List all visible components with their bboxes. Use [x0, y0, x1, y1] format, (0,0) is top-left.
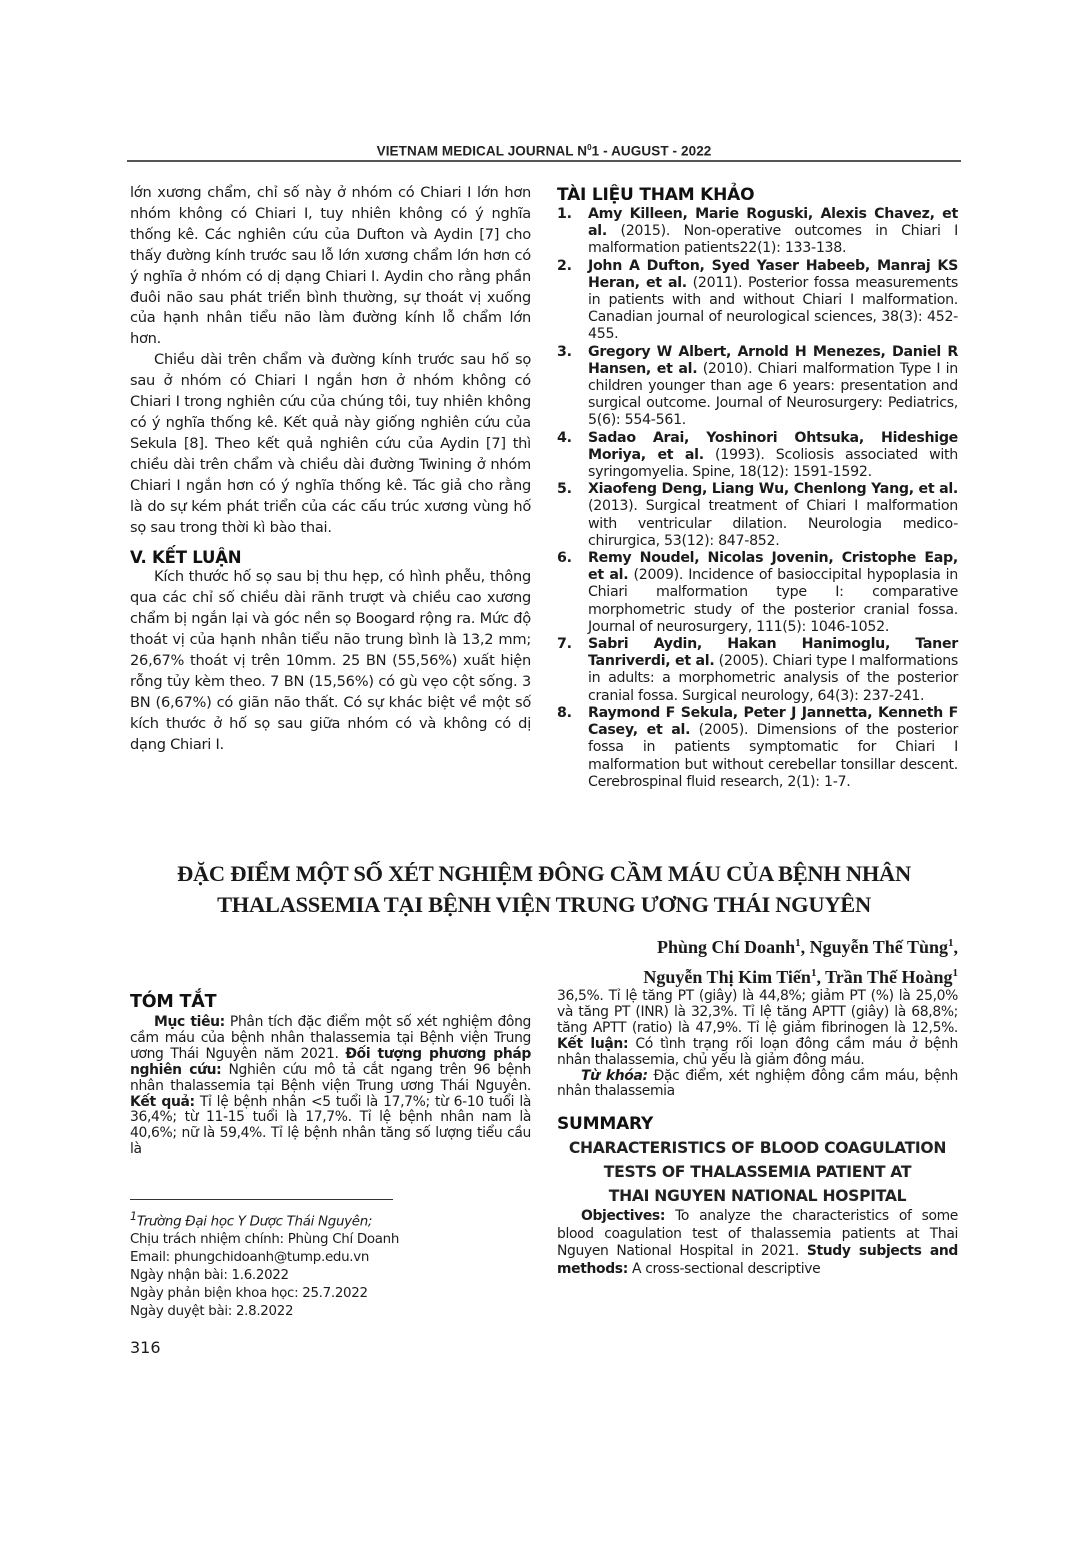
summary-title-line-2: TESTS OF THALASSEMIA PATIENT AT: [557, 1160, 958, 1184]
summary-heading: SUMMARY: [557, 1114, 958, 1134]
author-name: Phùng Chí Doanh: [657, 937, 795, 957]
discussion-paragraph-1: lớn xương chẩm, chỉ số này ở nhóm có Chi…: [130, 183, 531, 350]
reference-number: 3.: [557, 344, 572, 361]
date-reviewed: Ngày phản biện khoa học: 25.7.2022: [130, 1285, 530, 1303]
author-name: Trần Thế Hoàng: [825, 967, 952, 987]
author-separator: ,: [816, 967, 825, 987]
references-column: TÀI LIỆU THAM KHẢO 1.Amy Killeen, Marie …: [557, 185, 958, 791]
email: Email: phungchidoanh@tump.edu.vn: [130, 1249, 530, 1267]
author-separator: ,: [954, 937, 959, 957]
reference-details: (2013). Surgical treatment of Chiari I m…: [588, 498, 958, 548]
keywords-label: Từ khóa:: [581, 1068, 648, 1084]
abstract-vi-text: Mục tiêu: Phân tích đặc điểm một số xét …: [130, 1015, 531, 1158]
abstract-heading: TÓM TẮT: [130, 992, 531, 1012]
conclusion-heading: V. KẾT LUẬN: [130, 548, 531, 567]
summary-text: Objectives: To analyze the characteristi…: [557, 1208, 958, 1278]
abstract-vi-continued: 36,5%. Tỉ lệ tăng PT (giây) là 44,8%; gi…: [557, 989, 958, 1069]
reference-number: 7.: [557, 636, 572, 653]
reference-authors: Xiaofeng Deng, Liang Wu, Chenlong Yang, …: [588, 481, 958, 497]
objective-label: Mục tiêu:: [154, 1014, 225, 1030]
journal-name: VIETNAM MEDICAL JOURNAL N: [377, 144, 588, 159]
reference-list: 1.Amy Killeen, Marie Roguski, Alexis Cha…: [557, 206, 958, 791]
results-label: Kết quả:: [130, 1094, 195, 1110]
authors-line-2: Nguyễn Thị Kim Tiến1, Trần Thế Hoàng1: [480, 960, 958, 990]
corresponding-author: Chịu trách nhiệm chính: Phùng Chí Doanh: [130, 1231, 530, 1249]
reference-number: 6.: [557, 550, 572, 567]
affiliation: 1Trường Đại học Y Dược Thái Nguyên;: [130, 1208, 530, 1231]
reference-details: (2009). Incidence of basioccipital hypop…: [588, 567, 958, 635]
conclusion-label: Kết luận:: [557, 1036, 628, 1052]
journal-page: VIETNAM MEDICAL JOURNAL N01 - AUGUST - 2…: [0, 0, 1090, 1541]
objectives-label: Objectives:: [581, 1208, 665, 1224]
author-separator: ,: [801, 937, 810, 957]
reference-item: 4.Sadao Arai, Yoshinori Ohtsuka, Hideshi…: [557, 430, 958, 482]
header-rule: [127, 160, 961, 162]
footnote-rule: [130, 1199, 393, 1200]
reference-number: 8.: [557, 705, 572, 722]
date-received: Ngày nhận bài: 1.6.2022: [130, 1267, 530, 1285]
reference-item: 5.Xiaofeng Deng, Liang Wu, Chenlong Yang…: [557, 481, 958, 550]
reference-number: 1.: [557, 206, 572, 223]
summary-title: CHARACTERISTICS OF BLOOD COAGULATION TES…: [557, 1136, 958, 1208]
abstract-vi-right: 36,5%. Tỉ lệ tăng PT (giây) là 44,8%; gi…: [557, 989, 958, 1278]
reference-item: 2.John A Dufton, Syed Yaser Habeeb, Manr…: [557, 258, 958, 344]
issue-date: 1 - AUGUST - 2022: [592, 144, 712, 159]
results-text-continued: 36,5%. Tỉ lệ tăng PT (giây) là 44,8%; gi…: [557, 988, 958, 1036]
reference-item: 3.Gregory W Albert, Arnold H Menezes, Da…: [557, 344, 958, 430]
affiliation-mark: 1: [130, 1210, 137, 1223]
references-heading: TÀI LIỆU THAM KHẢO: [557, 185, 958, 205]
reference-item: 6.Remy Noudel, Nicolas Jovenin, Cristoph…: [557, 550, 958, 636]
study-methods-text: A cross-sectional descriptive: [628, 1261, 820, 1277]
reference-item: 1.Amy Killeen, Marie Roguski, Alexis Cha…: [557, 206, 958, 258]
footnote: 1Trường Đại học Y Dược Thái Nguyên; Chịu…: [130, 1208, 530, 1321]
article-title: ĐẶC ĐIỂM MỘT SỐ XÉT NGHIỆM ĐÔNG CẦM MÁU …: [127, 858, 961, 920]
author-name: Nguyễn Thị Kim Tiến: [643, 967, 811, 987]
conclusion-paragraph: Kích thước hố sọ sau bị thu hẹp, có hình…: [130, 567, 531, 755]
summary-title-line-3: THAI NGUYEN NATIONAL HOSPITAL: [557, 1184, 958, 1208]
author-affiliation-mark: 1: [953, 967, 959, 979]
discussion-column: lớn xương chẩm, chỉ số này ở nhóm có Chi…: [130, 183, 531, 756]
page-number: 316: [130, 1338, 161, 1357]
article-authors: Phùng Chí Doanh1, Nguyễn Thế Tùng1, Nguy…: [480, 930, 958, 990]
reference-item: 8.Raymond F Sekula, Peter J Jannetta, Ke…: [557, 705, 958, 791]
abstract-vi-left: TÓM TẮT Mục tiêu: Phân tích đặc điểm một…: [130, 992, 531, 1158]
reference-details: (2015). Non-operative outcomes in Chiari…: [588, 223, 958, 256]
affiliation-text: Trường Đại học Y Dược Thái Nguyên;: [137, 1214, 372, 1229]
date-accepted: Ngày duyệt bài: 2.8.2022: [130, 1303, 530, 1321]
author-name: Nguyễn Thế Tùng: [810, 937, 948, 957]
keywords: Từ khóa: Đặc điểm, xét nghiệm đông cầm m…: [557, 1069, 958, 1101]
reference-number: 5.: [557, 481, 572, 498]
authors-line-1: Phùng Chí Doanh1, Nguyễn Thế Tùng1,: [480, 930, 958, 960]
summary-title-line-1: CHARACTERISTICS OF BLOOD COAGULATION: [557, 1136, 958, 1160]
reference-item: 7.Sabri Aydin, Hakan Hanimoglu, Taner Ta…: [557, 636, 958, 705]
running-header: VIETNAM MEDICAL JOURNAL N01 - AUGUST - 2…: [127, 143, 961, 159]
reference-number: 4.: [557, 430, 572, 447]
article-title-line-1: ĐẶC ĐIỂM MỘT SỐ XÉT NGHIỆM ĐÔNG CẦM MÁU …: [127, 858, 961, 889]
reference-number: 2.: [557, 258, 572, 275]
discussion-paragraph-2: Chiều dài trên chẩm và đường kính trước …: [130, 350, 531, 538]
article-title-line-2: THALASSEMIA TẠI BỆNH VIỆN TRUNG ƯƠNG THÁ…: [127, 889, 961, 920]
